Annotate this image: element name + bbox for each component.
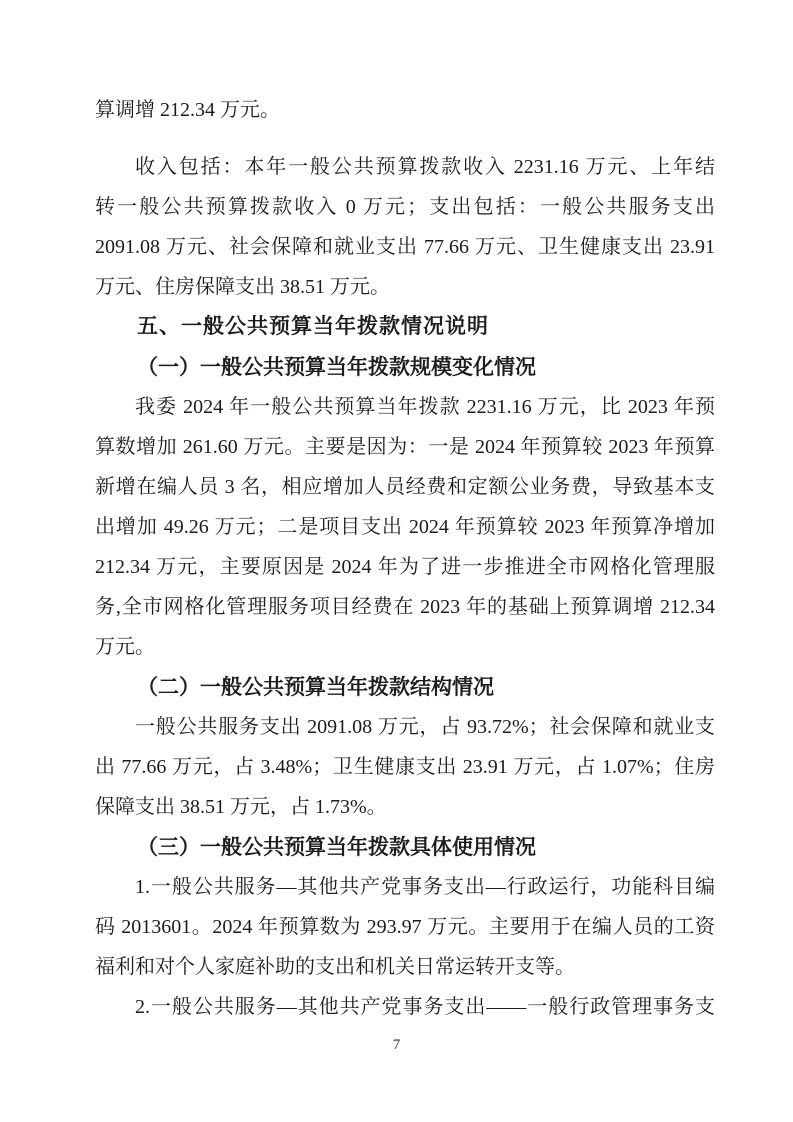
text-line: 保障支出 38.51 万元，占 1.73%。 (95, 787, 715, 827)
subsection-heading: （二）一般公共预算当年拨款结构情况 (95, 667, 715, 707)
text-line: 收入包括：本年一般公共预算拨款收入 2231.16 万元、上年结 (95, 147, 715, 187)
paragraph: 1.一般公共服务—其他共产党事务支出—行政运行，功能科目编码 2013601。2… (95, 867, 715, 987)
page-number: 7 (393, 1037, 401, 1053)
text-line: （三）一般公共预算当年拨款具体使用情况 (95, 827, 715, 867)
paragraph: 收入包括：本年一般公共预算拨款收入 2231.16 万元、上年结转一般公共预算拨… (95, 147, 715, 307)
paragraph: 2.一般公共服务—其他共产党事务支出——一般行政管理事务支 (95, 987, 715, 1027)
document-body: 算调增 212.34 万元。收入包括：本年一般公共预算拨款收入 2231.16 … (95, 90, 715, 1027)
section-heading: 五、一般公共预算当年拨款情况说明 (95, 307, 715, 347)
text-line: 2091.08 万元、社会保障和就业支出 77.66 万元、卫生健康支出 23.… (95, 227, 715, 267)
text-line: 212.34 万元，主要原因是 2024 年为了进一步推进全市网格化管理服 (95, 547, 715, 587)
subsection-heading: （三）一般公共预算当年拨款具体使用情况 (95, 827, 715, 867)
text-line: 算调增 212.34 万元。 (95, 90, 715, 130)
text-line: 转一般公共预算拨款收入 0 万元；支出包括：一般公共服务支出 (95, 187, 715, 227)
text-line: 1.一般公共服务—其他共产党事务支出—行政运行，功能科目编 (95, 867, 715, 907)
text-line: 码 2013601。2024 年预算数为 293.97 万元。主要用于在编人员的… (95, 907, 715, 947)
text-line: 万元。 (95, 627, 715, 667)
paragraph: 一般公共服务支出 2091.08 万元，占 93.72%；社会保障和就业支出 7… (95, 707, 715, 827)
text-line: 2.一般公共服务—其他共产党事务支出——一般行政管理事务支 (95, 987, 715, 1027)
text-line: 五、一般公共预算当年拨款情况说明 (95, 307, 715, 347)
text-line: 新增在编人员 3 名，相应增加人员经费和定额公业务费，导致基本支 (95, 467, 715, 507)
page-footer: 7 (0, 1036, 793, 1054)
text-line: 算数增加 261.60 万元。主要是因为：一是 2024 年预算较 2023 年… (95, 427, 715, 467)
text-line: 万元、住房保障支出 38.51 万元。 (95, 267, 715, 307)
subsection-heading: （一）一般公共预算当年拨款规模变化情况 (95, 347, 715, 387)
text-line: 福利和对个人家庭补助的支出和机关日常运转开支等。 (95, 947, 715, 987)
text-line: 我委 2024 年一般公共预算当年拨款 2231.16 万元，比 2023 年预 (95, 387, 715, 427)
text-line: （二）一般公共预算当年拨款结构情况 (95, 667, 715, 707)
document-page: 算调增 212.34 万元。收入包括：本年一般公共预算拨款收入 2231.16 … (0, 0, 793, 1122)
paragraph: 我委 2024 年一般公共预算当年拨款 2231.16 万元，比 2023 年预… (95, 387, 715, 667)
text-line: 务,全市网格化管理服务项目经费在 2023 年的基础上预算调增 212.34 (95, 587, 715, 627)
text-line: 出增加 49.26 万元；二是项目支出 2024 年预算较 2023 年预算净增… (95, 507, 715, 547)
text-line: （一）一般公共预算当年拨款规模变化情况 (95, 347, 715, 387)
text-line: 一般公共服务支出 2091.08 万元，占 93.72%；社会保障和就业支 (95, 707, 715, 747)
paragraph: 算调增 212.34 万元。 (95, 90, 715, 130)
text-line: 出 77.66 万元，占 3.48%；卫生健康支出 23.91 万元，占 1.0… (95, 747, 715, 787)
